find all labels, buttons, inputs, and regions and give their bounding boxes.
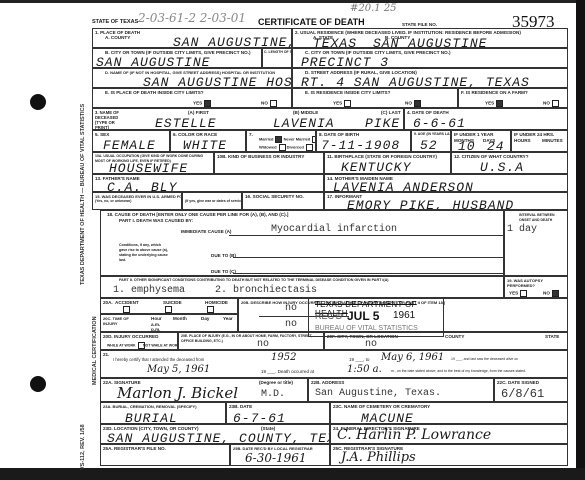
field-funeral-director: 24. FUNERAL DIRECTOR'S SIGNATURE C. Harl…: [330, 424, 568, 444]
checkbox-no[interactable]: [270, 100, 277, 107]
field-citizen: 12. CITIZEN OF WHAT COUNTRY? U.S.A: [451, 152, 568, 174]
punch-hole: [30, 376, 46, 392]
checkbox-yes-checked[interactable]: [204, 100, 211, 107]
received-stamp: TEXAS DEPARTMENT OF HEALTH REC'D JUL 5 1…: [308, 297, 444, 337]
medical-side-text: MEDICAL CERTIFICATION: [92, 316, 98, 385]
field-physician-signature: 22a. SIGNATURE (Degree or title) Marlon …: [100, 378, 308, 402]
field-race: 6. COLOR OR RACE WHITE: [170, 130, 246, 152]
field-service: (If yes, give war or dates of service): [182, 192, 242, 210]
scan-bottom-edge: [0, 468, 585, 480]
form-number: VS-112, REV. 1/58: [80, 424, 86, 470]
scan-right-edge: [576, 0, 585, 480]
checkbox-yes-checked[interactable]: [496, 100, 503, 107]
document-title: CERTIFICATE OF DEATH: [258, 17, 365, 27]
punch-hole: [30, 94, 46, 110]
checkbox-no-checked[interactable]: [414, 100, 421, 107]
field-birthplace: 11. BIRTHPLACE (State or foreign country…: [324, 152, 451, 174]
field-interval: INTERVAL BETWEEN ONSET AND DEATH 1 day: [504, 210, 568, 276]
field-date-of-death: 4. DATE OF DEATH 6-6-61: [404, 108, 568, 130]
field-cemetery: 23c. NAME OF CEMETERY OR CREMATORY MACUN…: [330, 402, 568, 424]
field-armed-forces: 15. WAS DECEASED EVER IN U.S. ARMED FORC…: [92, 192, 182, 210]
registrar-signature: J.A. Phillips: [341, 450, 416, 465]
scan-top-edge: [0, 0, 585, 3]
field-ssn: 16. SOCIAL SECURITY NO.: [242, 192, 324, 210]
field-injury-occurred: 20d. INJURY OCCURRED WHILE AT WORK NOT W…: [100, 332, 178, 350]
checkbox-married[interactable]: [275, 136, 282, 143]
agency-side-text: TEXAS DEPARTMENT OF HEALTH — BUREAU OF V…: [80, 104, 86, 285]
checkbox-widowed[interactable]: [279, 144, 286, 151]
field-name: 3. NAME OF DECEASED (Type or print) (a) …: [92, 108, 404, 130]
top-note: #20.1 25: [350, 3, 397, 14]
field-mother: 14. MOTHER'S MAIDEN NAME LAVENIA ANDERSO…: [324, 174, 568, 192]
field-hospital: d. NAME OF (If not in hospital, give str…: [92, 68, 292, 88]
state-label: STATE OF TEXAS: [92, 20, 138, 25]
field-place-of-injury: 20e. PLACE OF INJURY (e.g., in or about …: [178, 332, 324, 350]
field-physician-address: 22b. ADDRESS San Augustine, Texas.: [308, 378, 494, 402]
field-burial-method: 23a. BURIAL, CREMATION, REMOVAL (Specify…: [100, 402, 226, 424]
field-informant: 17. INFORMANT EMORY PIKE, HUSBAND: [324, 192, 568, 210]
checkbox-divorced[interactable]: [306, 144, 313, 151]
field-residence-state: 2. USUAL RESIDENCE (Where deceased lived…: [292, 28, 568, 48]
field-autopsy: 19. WAS AUTOPSY PERFORMED? YES NO: [504, 276, 568, 298]
field-cause-of-death: 18. CAUSE OF DEATH [Enter only one cause…: [100, 210, 504, 276]
field-father: 13. FATHER'S NAME C.A. BLY: [92, 174, 324, 192]
field-street-address: d. STREET ADDRESS (If rural, give locati…: [292, 68, 568, 88]
funeral-director-signature: C. Harlin P. Lowrance: [337, 427, 491, 443]
field-burial-date: 23b. DATE 6-7-61: [226, 402, 330, 424]
checkbox-yes[interactable]: [344, 100, 351, 107]
checkbox-no[interactable]: [552, 100, 559, 107]
field-registrar-file-no: 25a. REGISTRAR'S FILE NO.: [100, 444, 230, 466]
checkbox-accident[interactable]: [123, 306, 130, 313]
field-marital: 7. Married Never Married Widowed Divorce…: [246, 130, 316, 152]
handwritten-ref: 2-03-61-2 2-03-01: [138, 11, 246, 25]
field-part-ii: PART II. OTHER SIGNIFICANT CONDITIONS CO…: [100, 276, 504, 298]
field-manner: 20a. ACCIDENT SUICIDE HOMICIDE: [100, 298, 238, 314]
state-file-label: STATE FILE NO.: [402, 22, 437, 27]
field-date-signed: 22c. DATE SIGNED 6/8/61: [494, 378, 568, 402]
field-sex: 5. SEX FEMALE: [92, 130, 170, 152]
checkbox-autopsy-no[interactable]: [552, 290, 559, 297]
field-industry: 10b. KIND OF BUSINESS OR INDUSTRY: [214, 152, 324, 174]
field-residence-inside-city: e. IS RESIDENCE INSIDE CITY LIMITS? YES …: [292, 88, 458, 108]
field-under-24hrs: IF UNDER 24 HRS. Hours Minutes: [511, 130, 568, 152]
field-county-death: 1. PLACE OF DEATH a. COUNTY SAN AUGUSTIN…: [92, 28, 292, 48]
physician-signature: Marlon J. Bickel: [117, 384, 238, 402]
field-age: 9. AGE (In years last birthday) 52: [411, 130, 451, 152]
checkbox-homicide[interactable]: [207, 306, 214, 313]
checkbox-suicide[interactable]: [165, 306, 172, 313]
field-date-received: 25b. DATE REC'D BY LOCAL REGISTRAR 6-30-…: [230, 444, 330, 466]
field-date-of-birth: 8. DATE OF BIRTH 7-11-1908: [316, 130, 411, 152]
field-inside-city-death: e. IS PLACE OF DEATH INSIDE CITY LIMITS?…: [92, 88, 292, 108]
field-occupation: 10a. USUAL OCCUPATION (Give kind of work…: [92, 152, 214, 174]
field-certification: 21. I hereby certify that I attended the…: [100, 350, 568, 378]
field-residence-city: c. CITY OR TOWN (If outside city limits,…: [292, 48, 568, 68]
field-farm: f. IS RESIDENCE ON A FARM? YES NO: [458, 88, 568, 108]
field-registrar-signature: 25c. REGISTRAR'S SIGNATURE J.A. Phillips: [330, 444, 568, 466]
field-time-of-injury: 20c. TIME OF INJURY Hour Month Day Year …: [100, 314, 238, 332]
field-length-stay: c. LENGTH OF STAY (in this place): [262, 48, 292, 68]
field-under-year: IF UNDER 1 YEAR Months Days 10 24: [451, 130, 511, 152]
field-city-death: b. CITY OR TOWN (If outside city limits,…: [92, 48, 262, 68]
field-burial-location: 23d. LOCATION (City, town, or county) (S…: [100, 424, 330, 444]
checkbox-autopsy-yes[interactable]: [520, 290, 527, 297]
